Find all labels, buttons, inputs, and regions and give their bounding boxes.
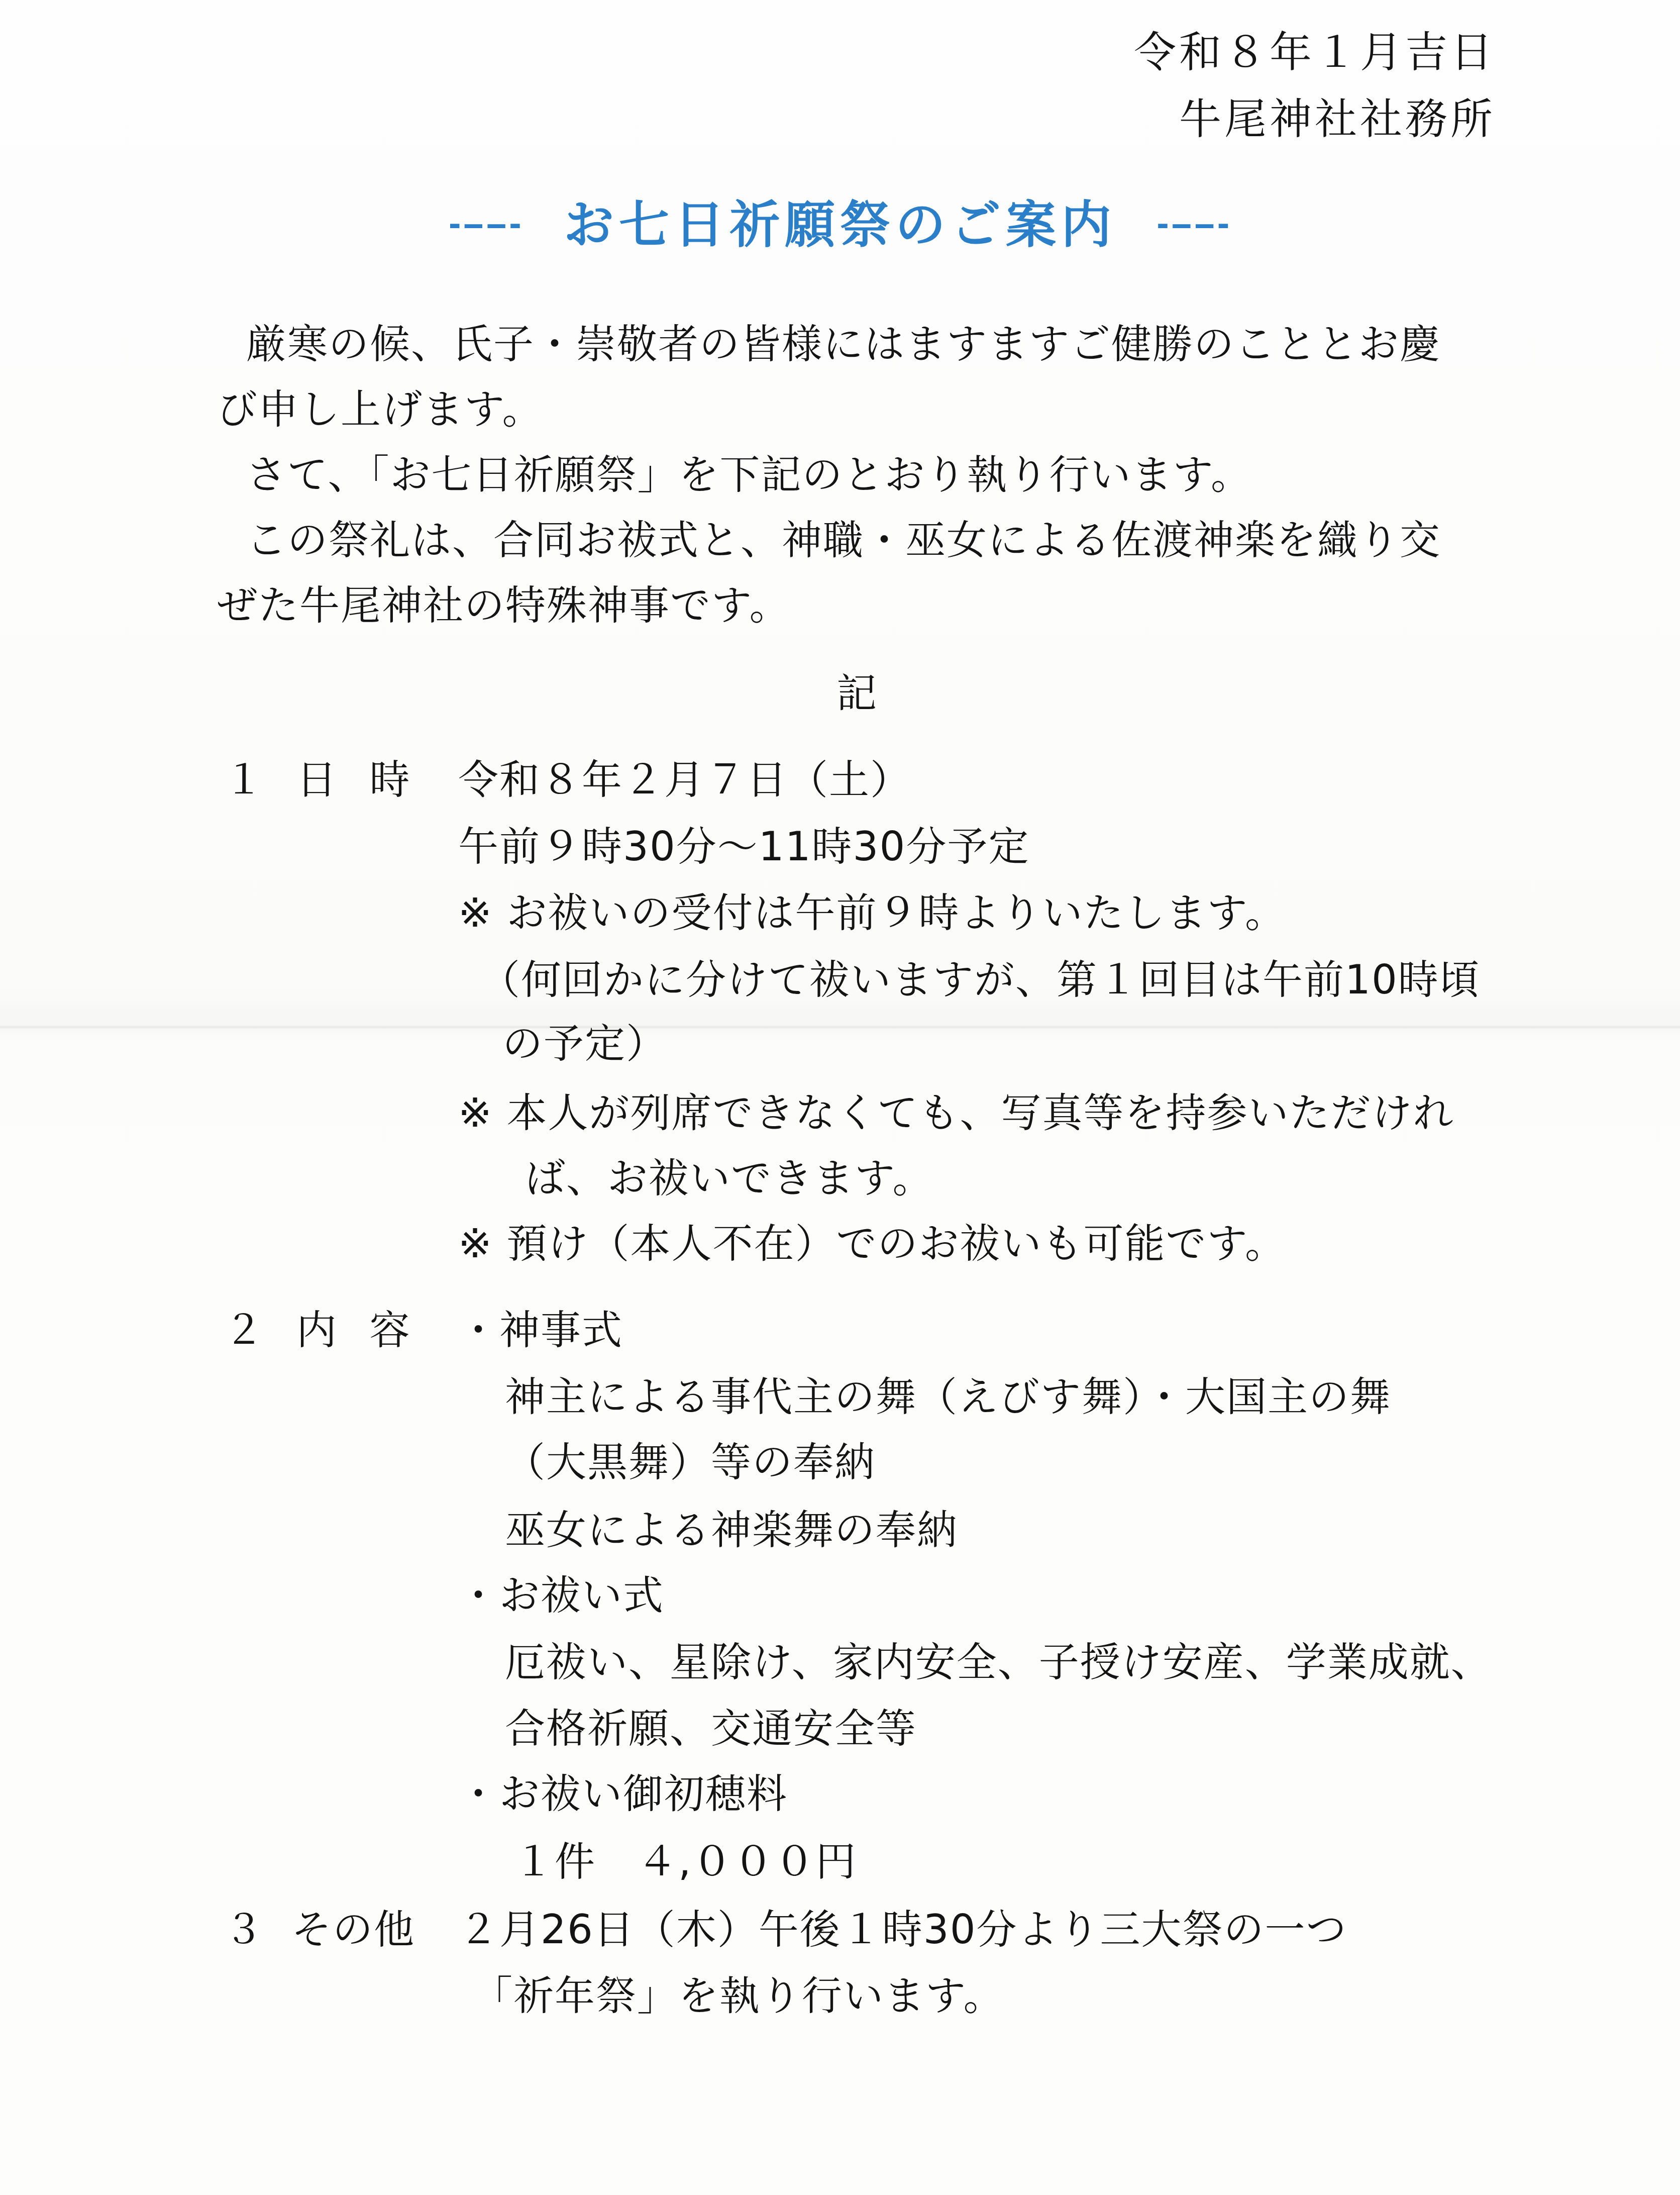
item-line: ・お祓い御初穂料 [458, 1774, 788, 1814]
offering-fee: １件 ４,０００円 [513, 1842, 857, 1882]
item-line: 令和８年２月７日（土） [458, 760, 911, 800]
item-line: ・お祓い式 [458, 1575, 664, 1616]
item-note: ※ 本人が列席できなくても、写真等を持参いただけれ [458, 1093, 1454, 1133]
title-ornament-right: -‒‒‐ [1157, 207, 1231, 242]
intro-line: ぜた牛尾神社の特殊神事です。 [217, 585, 791, 626]
document-title-row: -‒‒‐お七日祈願祭のご案内-‒‒‐ [0, 200, 1680, 250]
item-line: 合格祈願、交通安全等 [505, 1709, 917, 1749]
item-number: １ [224, 760, 254, 800]
title-ornament-left: -‒‒‐ [449, 207, 523, 242]
item-line: ・神事式 [458, 1310, 623, 1350]
item-note: ※ お祓いの受付は午前９時よりいたします。 [458, 893, 1286, 933]
item-number: ２ [224, 1310, 254, 1350]
item-note: （何回かに分けて祓いますが、第１回目は午前10時頃 [480, 960, 1481, 1000]
item-note: ば、お祓いできます。 [525, 1158, 934, 1199]
item-label: 日 時 [296, 760, 419, 800]
paper-fold-line [0, 1025, 1680, 1029]
item-line: （大黒舞）等の奉納 [505, 1442, 876, 1482]
ki-heading: 記 [836, 673, 878, 714]
intro-line: 厳寒の候、氏子・崇敬者の皆様にはますますご健勝のこととお慶 [246, 324, 1441, 364]
item-label: その他 [291, 1910, 415, 1950]
intro-line: さて、「お七日祈願祭」を下記のとおり執り行います。 [246, 455, 1252, 495]
intro-line: び申し上げます。 [217, 389, 544, 430]
issue-date: 令和８年１月吉日 [1134, 31, 1496, 73]
item-line: 午前９時30分～11時30分予定 [458, 827, 1029, 867]
item-line: 厄祓い、星除け、家内安全、子授け安産、学業成就、 [505, 1642, 1492, 1682]
item-label: 内 容 [296, 1310, 419, 1350]
issuer-name: 牛尾神社社務所 [1179, 98, 1496, 140]
document-title: お七日祈願祭のご案内 [564, 195, 1116, 254]
item-line: ２月26日（木）午後１時30分より三大祭の一つ [458, 1910, 1347, 1950]
item-note: の予定） [502, 1024, 667, 1064]
item-note: ※ 預け（本人不在）でのお祓いも可能です。 [458, 1224, 1286, 1264]
item-line: 巫女による神楽舞の奉納 [505, 1510, 958, 1550]
item-line: 神主による事代主の舞（えびす舞）・大国主の舞 [505, 1377, 1391, 1417]
item-number: ３ [224, 1910, 254, 1950]
intro-line: この祭礼は、合同お祓式と、神職・巫女による佐渡神楽を織り交 [246, 520, 1441, 560]
item-line: 「祈年祭」を執り行います。 [472, 1976, 1005, 2016]
